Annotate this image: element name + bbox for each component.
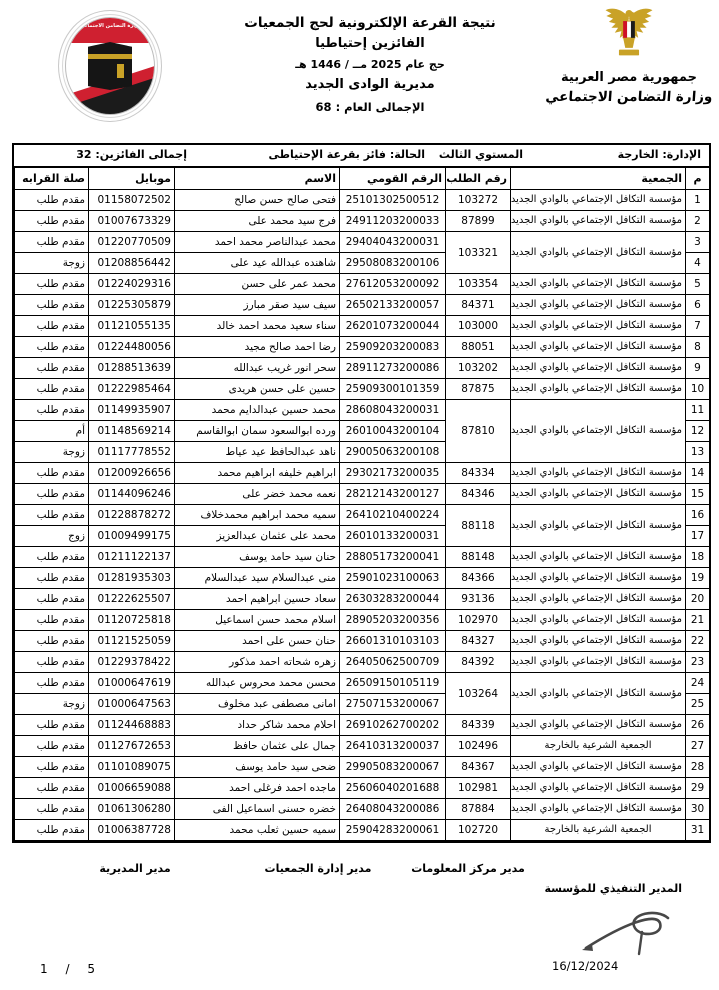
cell-association: مؤسسة التكافل الإجتماعي بالوادي الجديد (511, 757, 686, 778)
cell-mobile: 01061306280 (89, 799, 175, 820)
cell-national-id: 25901023100063 (340, 568, 446, 589)
table-row: 28مؤسسة التكافل الإجتماعي بالوادي الجديد… (15, 757, 710, 778)
table-row: 8مؤسسة التكافل الإجتماعي بالوادي الجديد8… (15, 337, 710, 358)
cell-national-id: 26509150105119 (340, 673, 446, 694)
cell-name: شاهنده عبدالله عيد على (175, 253, 340, 274)
cell-national-id: 28805173200041 (340, 547, 446, 568)
table-row: 21مؤسسة التكافل الإجتماعي بالوادي الجديد… (15, 610, 710, 631)
cell-relationship: مقدم طلب (15, 547, 89, 568)
signatory-executive-director: المدير التنفيذي للمؤسسة (552, 882, 682, 895)
cell-relationship: مقدم طلب (15, 568, 89, 589)
cell-association: مؤسسة التكافل الإجتماعي بالوادي الجديد (511, 484, 686, 505)
cell-name: امانى مصطفى عبد مخلوف (175, 694, 340, 715)
cell-mobile: 01121525059 (89, 631, 175, 652)
cell-row-number: 19 (686, 568, 710, 589)
cell-mobile: 01000647563 (89, 694, 175, 715)
cell-association: مؤسسة التكافل الإجتماعي بالوادي الجديد (511, 610, 686, 631)
cell-name: ورده ابوالسعود سمان ابوالقاسم (175, 421, 340, 442)
total-winners-label: إجمالى الفائزين: 32 (76, 148, 187, 161)
cell-national-id: 28212143200127 (340, 484, 446, 505)
table-row: 16مؤسسة التكافل الإجتماعي بالوادي الجديد… (15, 505, 710, 526)
table-row: 15مؤسسة التكافل الإجتماعي بالوادي الجديد… (15, 484, 710, 505)
table-row: 10مؤسسة التكافل الإجتماعي بالوادي الجديد… (15, 379, 710, 400)
cell-request-number: 84366 (446, 568, 511, 589)
cell-mobile: 01127672653 (89, 736, 175, 757)
cell-association: مؤسسة التكافل الإجتماعي بالوادي الجديد (511, 631, 686, 652)
cell-relationship: مقدم طلب (15, 589, 89, 610)
cell-relationship: مقدم طلب (15, 505, 89, 526)
cell-national-id: 25909300101359 (340, 379, 446, 400)
cell-relationship: مقدم طلب (15, 400, 89, 421)
cell-association: مؤسسة التكافل الإجتماعي بالوادي الجديد (511, 295, 686, 316)
cell-association: مؤسسة التكافل الإجتماعي بالوادي الجديد (511, 652, 686, 673)
cell-name: سميه حسين ثعلب محمد (175, 820, 340, 841)
cell-national-id: 26010043200104 (340, 421, 446, 442)
cell-request-number: 103321 (446, 232, 511, 274)
cell-mobile: 01124468883 (89, 715, 175, 736)
cell-row-number: 20 (686, 589, 710, 610)
cell-row-number: 26 (686, 715, 710, 736)
page-total: 5 (87, 962, 95, 976)
cell-row-number: 13 (686, 442, 710, 463)
cell-association: مؤسسة التكافل الإجتماعي بالوادي الجديد (511, 274, 686, 295)
badge-top-text: وزارة التضامن الاجتماعي (66, 23, 154, 29)
table-header-row: مالجمعيةرقم الطلبالرقم القوميالاسمموبايل… (15, 168, 710, 190)
cell-mobile: 01200926656 (89, 463, 175, 484)
cell-relationship: زوجة (15, 694, 89, 715)
cell-national-id: 26405062500709 (340, 652, 446, 673)
table-row: 14مؤسسة التكافل الإجتماعي بالوادي الجديد… (15, 463, 710, 484)
column-header: الاسم (175, 168, 340, 190)
signatory-associations-director: مدير إدارة الجمعيات (258, 862, 378, 875)
cell-national-id: 25904283200061 (340, 820, 446, 841)
cell-request-number: 102981 (446, 778, 511, 799)
table-row: 20مؤسسة التكافل الإجتماعي بالوادي الجديد… (15, 589, 710, 610)
cell-row-number: 18 (686, 547, 710, 568)
cell-mobile: 01228878272 (89, 505, 175, 526)
results-table-container: الإدارة: الخارجة المستوي الثالث الحالة: … (12, 143, 711, 843)
cell-mobile: 01224480056 (89, 337, 175, 358)
cell-relationship: مقدم طلب (15, 757, 89, 778)
cell-relationship: مقدم طلب (15, 778, 89, 799)
cell-mobile: 01158072502 (89, 190, 175, 211)
cell-national-id: 26010133200031 (340, 526, 446, 547)
cell-row-number: 24 (686, 673, 710, 694)
cell-row-number: 6 (686, 295, 710, 316)
cell-request-number: 88118 (446, 505, 511, 547)
handwritten-signature (572, 908, 676, 960)
hajj-foundation-badge: وزارة التضامن الاجتماعي (58, 10, 162, 122)
table-row: 9مؤسسة التكافل الإجتماعي بالوادي الجديد1… (15, 358, 710, 379)
cell-row-number: 15 (686, 484, 710, 505)
cell-association: مؤسسة التكافل الإجتماعي بالوادي الجديد (511, 190, 686, 211)
cell-association: الجمعية الشرعية بالخارجة (511, 736, 686, 757)
document-title-block: نتيجة القرعة الإلكترونية لحج الجمعيات ال… (225, 14, 515, 114)
cell-national-id: 29005063200108 (340, 442, 446, 463)
column-header: م (686, 168, 710, 190)
cell-row-number: 4 (686, 253, 710, 274)
table-row: 23مؤسسة التكافل الإجتماعي بالوادي الجديد… (15, 652, 710, 673)
cell-name: سميه محمد ابراهيم محمدخلاف (175, 505, 340, 526)
cell-association: مؤسسة التكافل الإجتماعي بالوادي الجديد (511, 505, 686, 547)
cell-name: سيف سيد صقر مبارز (175, 295, 340, 316)
cell-request-number: 84346 (446, 484, 511, 505)
cell-relationship: مقدم طلب (15, 820, 89, 841)
cell-name: محمد على عثمان عبدالعزيز (175, 526, 340, 547)
table-row: 30مؤسسة التكافل الإجتماعي بالوادي الجديد… (15, 799, 710, 820)
cell-row-number: 3 (686, 232, 710, 253)
cell-association: مؤسسة التكافل الإجتماعي بالوادي الجديد (511, 799, 686, 820)
column-header: صلة القرابه (15, 168, 89, 190)
cell-request-number: 84371 (446, 295, 511, 316)
table-row: 11مؤسسة التكافل الإجتماعي بالوادي الجديد… (15, 400, 710, 421)
table-row: 6مؤسسة التكافل الإجتماعي بالوادي الجديد8… (15, 295, 710, 316)
cell-row-number: 31 (686, 820, 710, 841)
table-row: 24مؤسسة التكافل الإجتماعي بالوادي الجديد… (15, 673, 710, 694)
cell-mobile: 01009499175 (89, 526, 175, 547)
cell-row-number: 25 (686, 694, 710, 715)
cell-relationship: مقدم طلب (15, 358, 89, 379)
table-row: 18مؤسسة التكافل الإجتماعي بالوادي الجديد… (15, 547, 710, 568)
cell-relationship: مقدم طلب (15, 190, 89, 211)
level-label: المستوي الثالث (439, 148, 523, 161)
cell-row-number: 8 (686, 337, 710, 358)
cell-name: جمال على عثمان حافظ (175, 736, 340, 757)
cell-national-id: 26502133200057 (340, 295, 446, 316)
egypt-eagle-emblem-icon (602, 6, 656, 68)
cell-row-number: 2 (686, 211, 710, 232)
cell-row-number: 14 (686, 463, 710, 484)
cell-relationship: مقدم طلب (15, 736, 89, 757)
cell-name: محسن محمد محروس عبدالله (175, 673, 340, 694)
cell-request-number: 102970 (446, 610, 511, 631)
cell-relationship: مقدم طلب (15, 715, 89, 736)
cell-mobile: 01006659088 (89, 778, 175, 799)
table-row: 5مؤسسة التكافل الإجتماعي بالوادي الجديد1… (15, 274, 710, 295)
kaaba-icon (88, 42, 132, 90)
cell-mobile: 01220770509 (89, 232, 175, 253)
cell-relationship: مقدم طلب (15, 799, 89, 820)
cell-association: مؤسسة التكافل الإجتماعي بالوادي الجديد (511, 358, 686, 379)
ministry-name: وزارة التضامن الاجتماعي (544, 89, 713, 105)
cell-national-id: 29905083200067 (340, 757, 446, 778)
table-row: 7مؤسسة التكافل الإجتماعي بالوادي الجديد1… (15, 316, 710, 337)
cell-association: مؤسسة التكافل الإجتماعي بالوادي الجديد (511, 463, 686, 484)
kaaba-door (117, 64, 124, 78)
table-row: 26مؤسسة التكافل الإجتماعي بالوادي الجديد… (15, 715, 710, 736)
cell-mobile: 01144096246 (89, 484, 175, 505)
cell-mobile: 01281935303 (89, 568, 175, 589)
cell-national-id: 29302173200035 (340, 463, 446, 484)
table-row: 2مؤسسة التكافل الإجتماعي بالوادي الجديد8… (15, 211, 710, 232)
cell-row-number: 10 (686, 379, 710, 400)
document-page: { "header": { "country": "جمهورية مصر ال… (0, 0, 719, 990)
cell-name: محمد حسين عبدالدايم محمد (175, 400, 340, 421)
table-row: 22مؤسسة التكافل الإجتماعي بالوادي الجديد… (15, 631, 710, 652)
cell-association: مؤسسة التكافل الإجتماعي بالوادي الجديد (511, 337, 686, 358)
cell-row-number: 29 (686, 778, 710, 799)
cell-mobile: 01211122137 (89, 547, 175, 568)
cell-row-number: 1 (686, 190, 710, 211)
cell-name: ماجده احمد فرغلى احمد (175, 778, 340, 799)
cell-national-id: 27612053200092 (340, 274, 446, 295)
cell-row-number: 12 (686, 421, 710, 442)
cell-row-number: 5 (686, 274, 710, 295)
cell-association: مؤسسة التكافل الإجتماعي بالوادي الجديد (511, 547, 686, 568)
column-header: موبايل (89, 168, 175, 190)
cell-relationship: مقدم طلب (15, 211, 89, 232)
cell-name: سناء سعيد محمد احمد خالد (175, 316, 340, 337)
cell-name: رضا احمد صالح مجيد (175, 337, 340, 358)
cell-association: مؤسسة التكافل الإجتماعي بالوادي الجديد (511, 589, 686, 610)
cell-national-id: 26201073200044 (340, 316, 446, 337)
cell-row-number: 16 (686, 505, 710, 526)
cell-name: زهره شحاته احمد مذكور (175, 652, 340, 673)
cell-request-number: 87810 (446, 400, 511, 463)
cell-mobile: 01149935907 (89, 400, 175, 421)
cell-name: سحر انور غريب عبدالله (175, 358, 340, 379)
cell-request-number: 103000 (446, 316, 511, 337)
cell-row-number: 22 (686, 631, 710, 652)
cell-row-number: 9 (686, 358, 710, 379)
cell-row-number: 28 (686, 757, 710, 778)
cell-national-id: 26410210400224 (340, 505, 446, 526)
cell-name: محمد عبدالناصر محمد احمد (175, 232, 340, 253)
cell-national-id: 25909203200083 (340, 337, 446, 358)
cell-name: فتحى صالح حسن صالح (175, 190, 340, 211)
cell-name: ناهد عبدالحافظ عيد عياط (175, 442, 340, 463)
cell-national-id: 26410313200037 (340, 736, 446, 757)
title-line-3: حج عام 2025 مــ / 1446 هـ (225, 58, 515, 71)
cell-association: مؤسسة التكافل الإجتماعي بالوادي الجديد (511, 400, 686, 463)
cell-relationship: زوجة (15, 253, 89, 274)
cell-association: مؤسسة التكافل الإجتماعي بالوادي الجديد (511, 316, 686, 337)
cell-association: مؤسسة التكافل الإجتماعي بالوادي الجديد (511, 379, 686, 400)
kaaba-gold-band (88, 54, 132, 59)
cell-mobile: 01007673329 (89, 211, 175, 232)
badge-red-band (65, 18, 155, 43)
cell-name: نعمه محمد خضر على (175, 484, 340, 505)
title-line-1: نتيجة القرعة الإلكترونية لحج الجمعيات (225, 14, 515, 34)
cell-request-number: 93136 (446, 589, 511, 610)
cell-national-id: 24911203200033 (340, 211, 446, 232)
cell-name: محمد عمر على حسن (175, 274, 340, 295)
cell-row-number: 11 (686, 400, 710, 421)
cell-request-number: 84367 (446, 757, 511, 778)
cell-row-number: 30 (686, 799, 710, 820)
cell-national-id: 26408043200086 (340, 799, 446, 820)
cell-mobile: 01229378422 (89, 652, 175, 673)
title-line-4: مديرية الوادى الجديد (225, 77, 515, 92)
cell-name: اسلام محمد حسن اسماعيل (175, 610, 340, 631)
cell-association: الجمعية الشرعية بالخارجة (511, 820, 686, 841)
cell-mobile: 01120725818 (89, 610, 175, 631)
cell-row-number: 17 (686, 526, 710, 547)
table-row: 19مؤسسة التكافل الإجتماعي بالوادي الجديد… (15, 568, 710, 589)
cell-mobile: 01117778552 (89, 442, 175, 463)
cell-request-number: 84327 (446, 631, 511, 652)
cell-relationship: مقدم طلب (15, 316, 89, 337)
cell-mobile: 01208856442 (89, 253, 175, 274)
cell-association: مؤسسة التكافل الإجتماعي بالوادي الجديد (511, 232, 686, 274)
cell-name: منى عبدالسلام سيد عبدالسلام (175, 568, 340, 589)
cell-row-number: 7 (686, 316, 710, 337)
cell-request-number: 103202 (446, 358, 511, 379)
table-row: 27الجمعية الشرعية بالخارجة10249626410313… (15, 736, 710, 757)
cell-national-id: 26303283200044 (340, 589, 446, 610)
document-date: 16/12/2024 (552, 959, 618, 973)
status-label: الحالة: فائز بقرعة الإحتياطى (268, 148, 425, 161)
cell-relationship: أم (15, 421, 89, 442)
cell-national-id: 25101302500512 (340, 190, 446, 211)
results-table-body: 1مؤسسة التكافل الإجتماعي بالوادي الجديد1… (15, 190, 710, 841)
cell-row-number: 27 (686, 736, 710, 757)
table-row: 31الجمعية الشرعية بالخارجة10272025904283… (15, 820, 710, 841)
cell-request-number: 102720 (446, 820, 511, 841)
cell-name: سعاد حسين ابراهيم احمد (175, 589, 340, 610)
table-row: 29مؤسسة التكافل الإجتماعي بالوادي الجديد… (15, 778, 710, 799)
country-name: جمهورية مصر العربية (545, 70, 713, 85)
cell-mobile: 01224029316 (89, 274, 175, 295)
table-row: 3مؤسسة التكافل الإجتماعي بالوادي الجديد1… (15, 232, 710, 253)
cell-relationship: مقدم طلب (15, 274, 89, 295)
cell-request-number: 103354 (446, 274, 511, 295)
cell-association: مؤسسة التكافل الإجتماعي بالوادي الجديد (511, 211, 686, 232)
cell-relationship: مقدم طلب (15, 631, 89, 652)
cell-request-number: 84392 (446, 652, 511, 673)
cell-association: مؤسسة التكافل الإجتماعي بالوادي الجديد (511, 568, 686, 589)
cell-mobile: 01288513639 (89, 358, 175, 379)
cell-relationship: زوجة (15, 442, 89, 463)
cell-mobile: 01222985464 (89, 379, 175, 400)
cell-name: احلام محمد شاكر حداد (175, 715, 340, 736)
cell-mobile: 01222625507 (89, 589, 175, 610)
cell-request-number: 87875 (446, 379, 511, 400)
cell-national-id: 25606040201688 (340, 778, 446, 799)
cell-national-id: 27507153200067 (340, 694, 446, 715)
cell-relationship: زوج (15, 526, 89, 547)
cell-relationship: مقدم طلب (15, 379, 89, 400)
cell-national-id: 26910262700202 (340, 715, 446, 736)
cell-association: مؤسسة التكافل الإجتماعي بالوادي الجديد (511, 715, 686, 736)
cell-request-number: 102496 (446, 736, 511, 757)
cell-relationship: مقدم طلب (15, 610, 89, 631)
signatory-information-center-director: مدير مركز المعلومات (408, 862, 528, 875)
column-header: رقم الطلب (446, 168, 511, 190)
cell-name: ابراهيم خليفه ابراهيم محمد (175, 463, 340, 484)
cell-national-id: 28911273200086 (340, 358, 446, 379)
cell-request-number: 84334 (446, 463, 511, 484)
cell-request-number: 103272 (446, 190, 511, 211)
cell-relationship: مقدم طلب (15, 295, 89, 316)
signatory-directorate-director: مدير المديرية (90, 862, 180, 875)
cell-association: مؤسسة التكافل الإجتماعي بالوادي الجديد (511, 673, 686, 715)
column-header: الرقم القومي (340, 168, 446, 190)
cell-mobile: 01148569214 (89, 421, 175, 442)
page-current: 1 (40, 962, 48, 976)
page-indicator: 1 / 5 (40, 962, 95, 976)
cell-relationship: مقدم طلب (15, 652, 89, 673)
administration-label: الإدارة: الخارجة (618, 148, 701, 161)
cell-relationship: مقدم طلب (15, 232, 89, 253)
cell-name: حنان سيد حامد يوسف (175, 547, 340, 568)
cell-name: ضحى سيد حامد يوسف (175, 757, 340, 778)
cell-mobile: 01121055135 (89, 316, 175, 337)
cell-national-id: 26601310103103 (340, 631, 446, 652)
table-info-bar: الإدارة: الخارجة المستوي الثالث الحالة: … (14, 145, 709, 167)
cell-national-id: 28905203200356 (340, 610, 446, 631)
cell-mobile: 01101089075 (89, 757, 175, 778)
column-header: الجمعية (511, 168, 686, 190)
cell-mobile: 01225305879 (89, 295, 175, 316)
cell-request-number: 84339 (446, 715, 511, 736)
cell-mobile: 01000647619 (89, 673, 175, 694)
hajj-foundation-badge-inner: وزارة التضامن الاجتماعي (65, 17, 155, 115)
cell-name: فرج سيد محمد على (175, 211, 340, 232)
cell-name: خضره حسنى اسماعيل الفى (175, 799, 340, 820)
cell-request-number: 87884 (446, 799, 511, 820)
cell-request-number: 88148 (446, 547, 511, 568)
cell-request-number: 88051 (446, 337, 511, 358)
cell-association: مؤسسة التكافل الإجتماعي بالوادي الجديد (511, 778, 686, 799)
cell-name: حسين على حسن هريدى (175, 379, 340, 400)
results-table: مالجمعيةرقم الطلبالرقم القوميالاسمموبايل… (14, 167, 710, 841)
cell-row-number: 23 (686, 652, 710, 673)
cell-row-number: 21 (686, 610, 710, 631)
cell-national-id: 29508083200106 (340, 253, 446, 274)
cell-relationship: مقدم طلب (15, 337, 89, 358)
title-line-2: الفائزين إحتياطيا (225, 36, 515, 51)
cell-relationship: مقدم طلب (15, 484, 89, 505)
cell-request-number: 103264 (446, 673, 511, 715)
cell-relationship: مقدم طلب (15, 463, 89, 484)
table-row: 1مؤسسة التكافل الإجتماعي بالوادي الجديد1… (15, 190, 710, 211)
cell-national-id: 29404043200031 (340, 232, 446, 253)
grand-total-line: الإجمالى العام : 68 (225, 100, 515, 114)
cell-national-id: 28608043200031 (340, 400, 446, 421)
cell-name: حنان حسن على احمد (175, 631, 340, 652)
page-separator: / (65, 962, 69, 976)
cell-relationship: مقدم طلب (15, 673, 89, 694)
cell-request-number: 87899 (446, 211, 511, 232)
cell-mobile: 01006387728 (89, 820, 175, 841)
ministry-block: جمهورية مصر العربية وزارة التضامن الاجتم… (545, 6, 713, 105)
